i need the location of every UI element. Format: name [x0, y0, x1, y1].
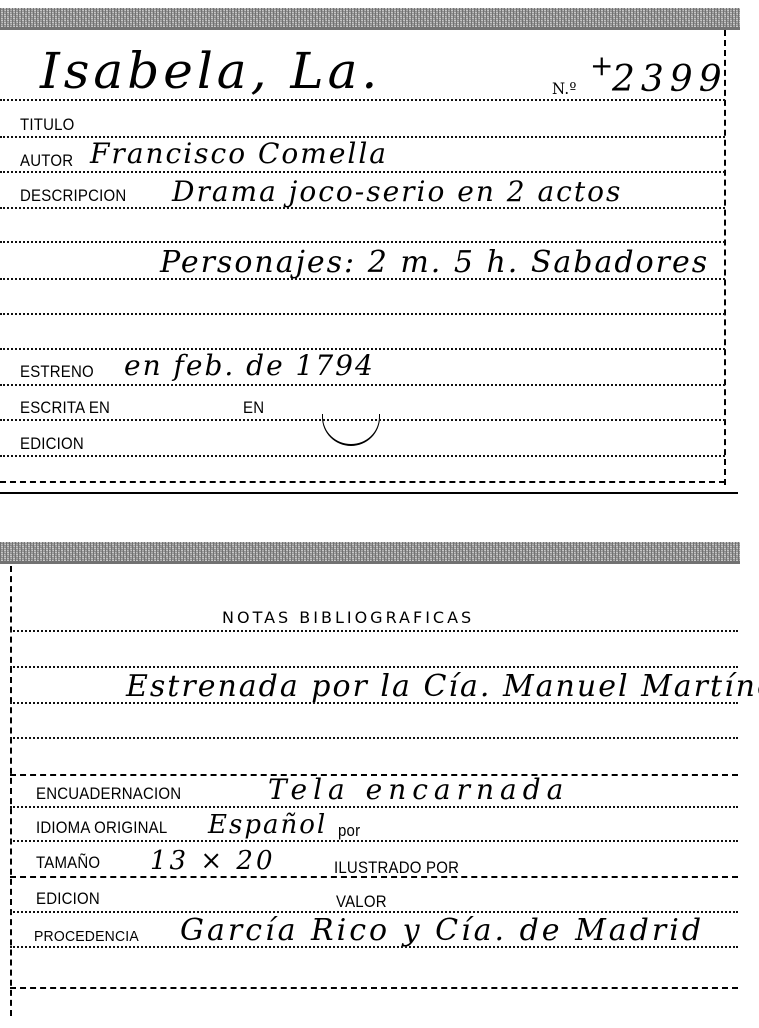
escrita-en-label: ESCRITA EN: [20, 400, 110, 416]
ilustrado-label: ILUSTRADO POR: [334, 860, 459, 876]
number-label: N.º: [552, 81, 577, 97]
procedencia-label: PROCEDENCIA: [34, 928, 139, 943]
encuadernacion-label: ENCUADERNACION: [36, 786, 181, 802]
valor-label: VALOR: [336, 894, 387, 910]
rule-bottom-dashed: [0, 481, 725, 483]
rule-tamano: [10, 876, 738, 878]
rule-notes-3: [10, 702, 738, 704]
en-label: EN: [243, 400, 264, 416]
estreno-value: en feb. de 1794: [124, 352, 375, 380]
titulo-label: TITULO: [20, 117, 75, 133]
catalog-card-front: Isabela, La. N.º + 2399 TITULO AUTOR Fra…: [0, 0, 759, 500]
tamano-value: 13 × 20: [150, 848, 275, 874]
rule-procedencia: [10, 946, 738, 948]
card-front-bottom-edge: [0, 492, 738, 494]
rule-encuadernacion: [10, 806, 738, 808]
catalog-number: 2399: [612, 62, 728, 98]
rule-blank-2: [0, 278, 725, 280]
scan-noise-top: [0, 8, 740, 30]
rule-back-bottom: [10, 987, 738, 989]
rule-descripcion: [0, 207, 725, 209]
rule-notes-2: [10, 666, 738, 668]
rule-title: [0, 99, 725, 101]
edicion-label: EDICION: [20, 436, 84, 452]
notes-text: Estrenada por la Cía. Manuel Martínez: [126, 672, 759, 702]
rule-blank-3: [0, 313, 725, 315]
descripcion-value: Drama joco-serio en 2 actos: [172, 178, 622, 206]
idioma-label: IDIOMA ORIGINAL: [36, 820, 167, 836]
edicion-label-back: EDICION: [36, 891, 100, 907]
por-label: por: [338, 823, 360, 839]
idioma-value: Español: [208, 812, 327, 838]
rule-estreno: [0, 384, 725, 386]
notes-heading: NOTAS BIBLIOGRAFICAS: [222, 608, 474, 627]
descripcion-continuation: Personajes: 2 m. 5 h. Sabadores: [160, 248, 709, 278]
rule-autor: [0, 171, 725, 173]
card-left-border: [10, 566, 12, 1016]
rule-notes-1: [10, 630, 738, 632]
encuadernacion-value: Tela encarnada: [268, 776, 569, 804]
rule-escrita: [0, 419, 725, 421]
autor-value: Francisco Comella: [90, 140, 388, 168]
tamano-label: TAMAÑO: [36, 855, 100, 871]
catalog-card-back: NOTAS BIBLIOGRAFICAS Estrenada por la Cí…: [0, 530, 759, 1028]
card-title: Isabela, La.: [40, 46, 381, 96]
procedencia-value: García Rico y Cía. de Madrid: [180, 916, 704, 946]
autor-label: AUTOR: [20, 153, 73, 169]
scan-noise-top: [0, 542, 740, 564]
rule-blank-1: [0, 241, 725, 243]
rule-idioma: [10, 840, 738, 842]
rule-notes-4: [10, 737, 738, 739]
estreno-label: ESTRENO: [20, 364, 94, 380]
rule-edicion: [0, 455, 725, 457]
descripcion-label: DESCRIPCION: [20, 188, 126, 204]
